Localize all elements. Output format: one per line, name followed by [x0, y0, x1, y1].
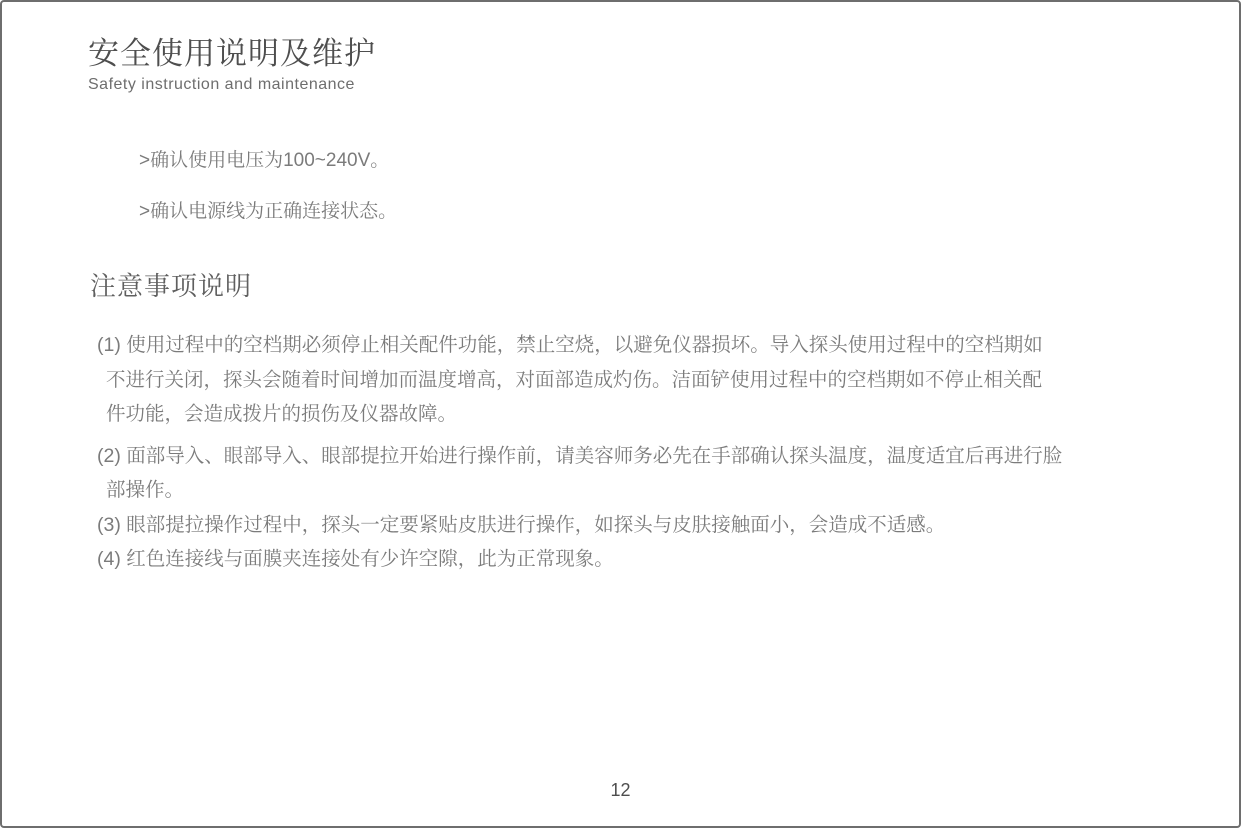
note-3-line-1: (3) 眼部提拉操作过程中，探头一定要紧贴皮肤进行操作，如探头与皮肤接触面小，会…: [97, 508, 1199, 543]
check-item-voltage: >确认使用电压为100~240V。: [139, 150, 397, 172]
note-1-line-1: (1) 使用过程中的空档期必须停止相关配件功能，禁止空烧，以避免仪器损坏。导入探…: [97, 328, 1199, 363]
note-2-line-1: (2) 面部导入、眼部导入、眼部提拉开始进行操作前，请美容师务必先在手部确认探头…: [97, 439, 1199, 474]
note-4-line-1: (4) 红色连接线与面膜夹连接处有少许空隙，此为正常现象。: [97, 542, 1199, 577]
section-heading-precautions: 注意事项说明: [90, 266, 252, 303]
page-title: 安全使用说明及维护: [88, 28, 376, 73]
page-number: 12: [2, 780, 1239, 801]
check-list: >确认使用电压为100~240V。 >确认电源线为正确连接状态。: [139, 150, 397, 252]
note-2-line-2: 部操作。: [97, 473, 1199, 508]
check-item-power-cord: >确认电源线为正确连接状态。: [139, 201, 397, 223]
page-subtitle: Safety instruction and maintenance: [88, 76, 355, 94]
note-1-line-2: 不进行关闭，探头会随着时间增加而温度增高，对面部造成灼伤。洁面铲使用过程中的空档…: [97, 363, 1199, 398]
precaution-notes: (1) 使用过程中的空档期必须停止相关配件功能，禁止空烧，以避免仪器损坏。导入探…: [97, 328, 1199, 577]
note-1-line-3: 件功能，会造成拨片的损伤及仪器故障。: [97, 397, 1199, 432]
manual-page: 安全使用说明及维护 Safety instruction and mainten…: [0, 0, 1241, 828]
